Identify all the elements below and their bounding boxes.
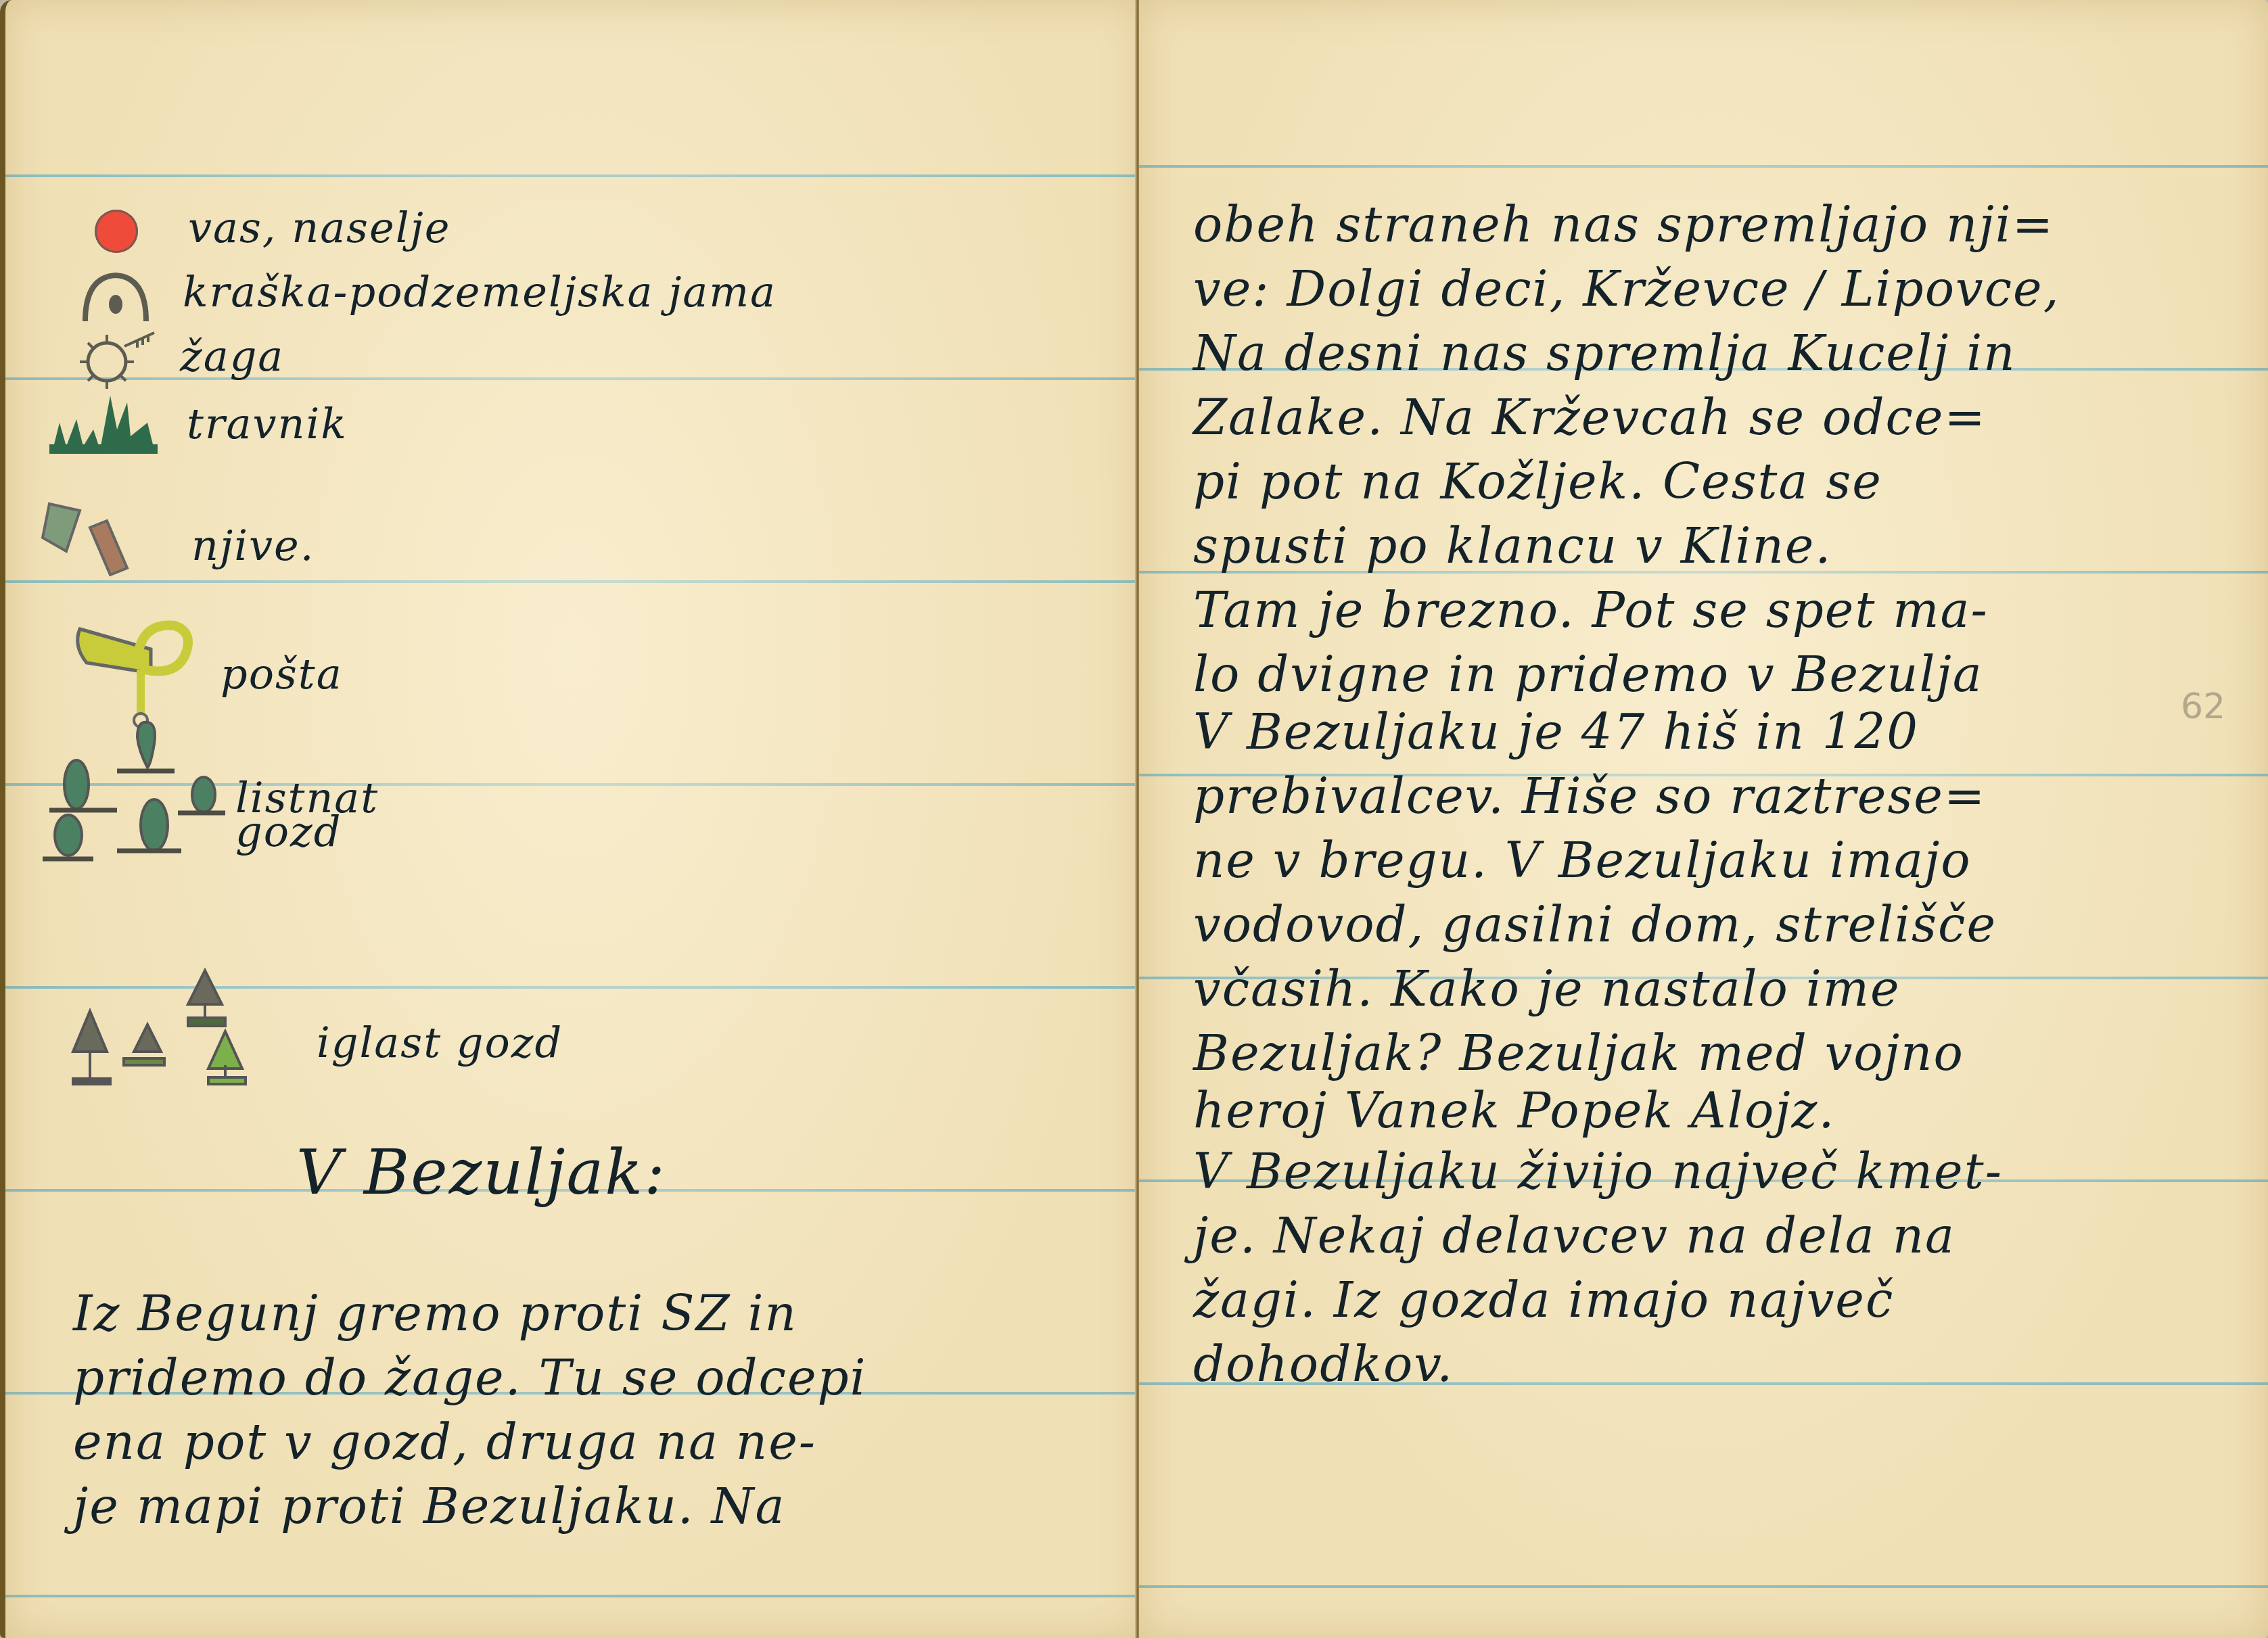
village-dot-icon xyxy=(95,210,138,253)
legend-label-sawmill: žaga xyxy=(180,331,284,381)
karst-cave-icon xyxy=(78,267,153,328)
body-line: je. Nekaj delavcev na dela na xyxy=(1193,1207,1955,1264)
legend-label-deciduous-forest: listnat gozd xyxy=(235,781,371,849)
body-line: ve: Dolgi deci, Krževce / Lipovce, xyxy=(1193,260,2060,317)
grass-meadow-icon xyxy=(46,382,161,457)
notebook-spread: vas, naselje kraška-podzemeljska jama ža… xyxy=(0,0,2268,1638)
body-line: spusti po klancu v Kline. xyxy=(1193,517,1832,574)
body-line: Tam je brezno. Pot se spet ma- xyxy=(1193,582,1989,638)
body-line: V Bezuljaku živijo največ kmet- xyxy=(1193,1143,2003,1200)
body-line: Na desni nas spremlja Kucelj in xyxy=(1193,325,2016,381)
legend-label-fields: njive. xyxy=(191,521,315,570)
legend-label-meadow: travnik xyxy=(187,399,348,448)
body-line: ena pot v gozd, druga na ne- xyxy=(73,1413,816,1470)
body-line: včasih. Kako je nastalo ime xyxy=(1193,960,1901,1017)
body-line: pi pot na Kožljek. Cesta se xyxy=(1193,453,1882,510)
page-number-mark: 62 xyxy=(2181,686,2225,727)
body-line: prebivalcev. Hiše so raztrese= xyxy=(1193,768,1986,824)
coniferous-forest-icon xyxy=(60,964,303,1085)
body-line: dohodkov. xyxy=(1193,1336,1454,1393)
section-title: V Bezuljak: xyxy=(296,1136,666,1209)
body-line: pridemo do žage. Tu se odcepi xyxy=(73,1349,867,1406)
legend-label-village: vas, naselje xyxy=(188,203,450,252)
body-line: V Bezuljaku je 47 hiš in 120 xyxy=(1193,703,1919,760)
body-line: ne v bregu. V Bezuljaku imajo xyxy=(1193,832,1972,889)
body-line: Zalake. Na Krževcah se odce= xyxy=(1193,389,1987,446)
body-line: Bezuljak? Bezuljak med vojno xyxy=(1193,1025,1964,1081)
fields-icon xyxy=(36,490,171,578)
body-line: je mapi proti Bezuljaku. Na xyxy=(73,1478,786,1535)
body-line: žagi. Iz gozda imajo največ xyxy=(1193,1271,1894,1328)
legend-label-post: pošta xyxy=(221,649,343,699)
left-page: vas, naselje kraška-podzemeljska jama ža… xyxy=(0,0,1143,1638)
body-line: Iz Begunj gremo proti SZ in xyxy=(73,1285,797,1342)
body-line: lo dvigne in pridemo v Bezulja xyxy=(1193,646,1983,703)
body-line: heroj Vanek Popek Alojz. xyxy=(1193,1082,1835,1139)
body-line: obeh straneh nas spremljajo nji= xyxy=(1193,196,2054,253)
right-page: obeh straneh nas spremljajo nji= ve: Dol… xyxy=(1139,0,2268,1638)
legend-label-coniferous-forest: iglast gozd xyxy=(317,1018,563,1067)
deciduous-forest-icon xyxy=(43,717,239,866)
body-line: vodovod, gasilni dom, strelišče xyxy=(1193,896,1997,953)
legend-label-cave: kraška-podzemeljska jama xyxy=(183,267,777,317)
